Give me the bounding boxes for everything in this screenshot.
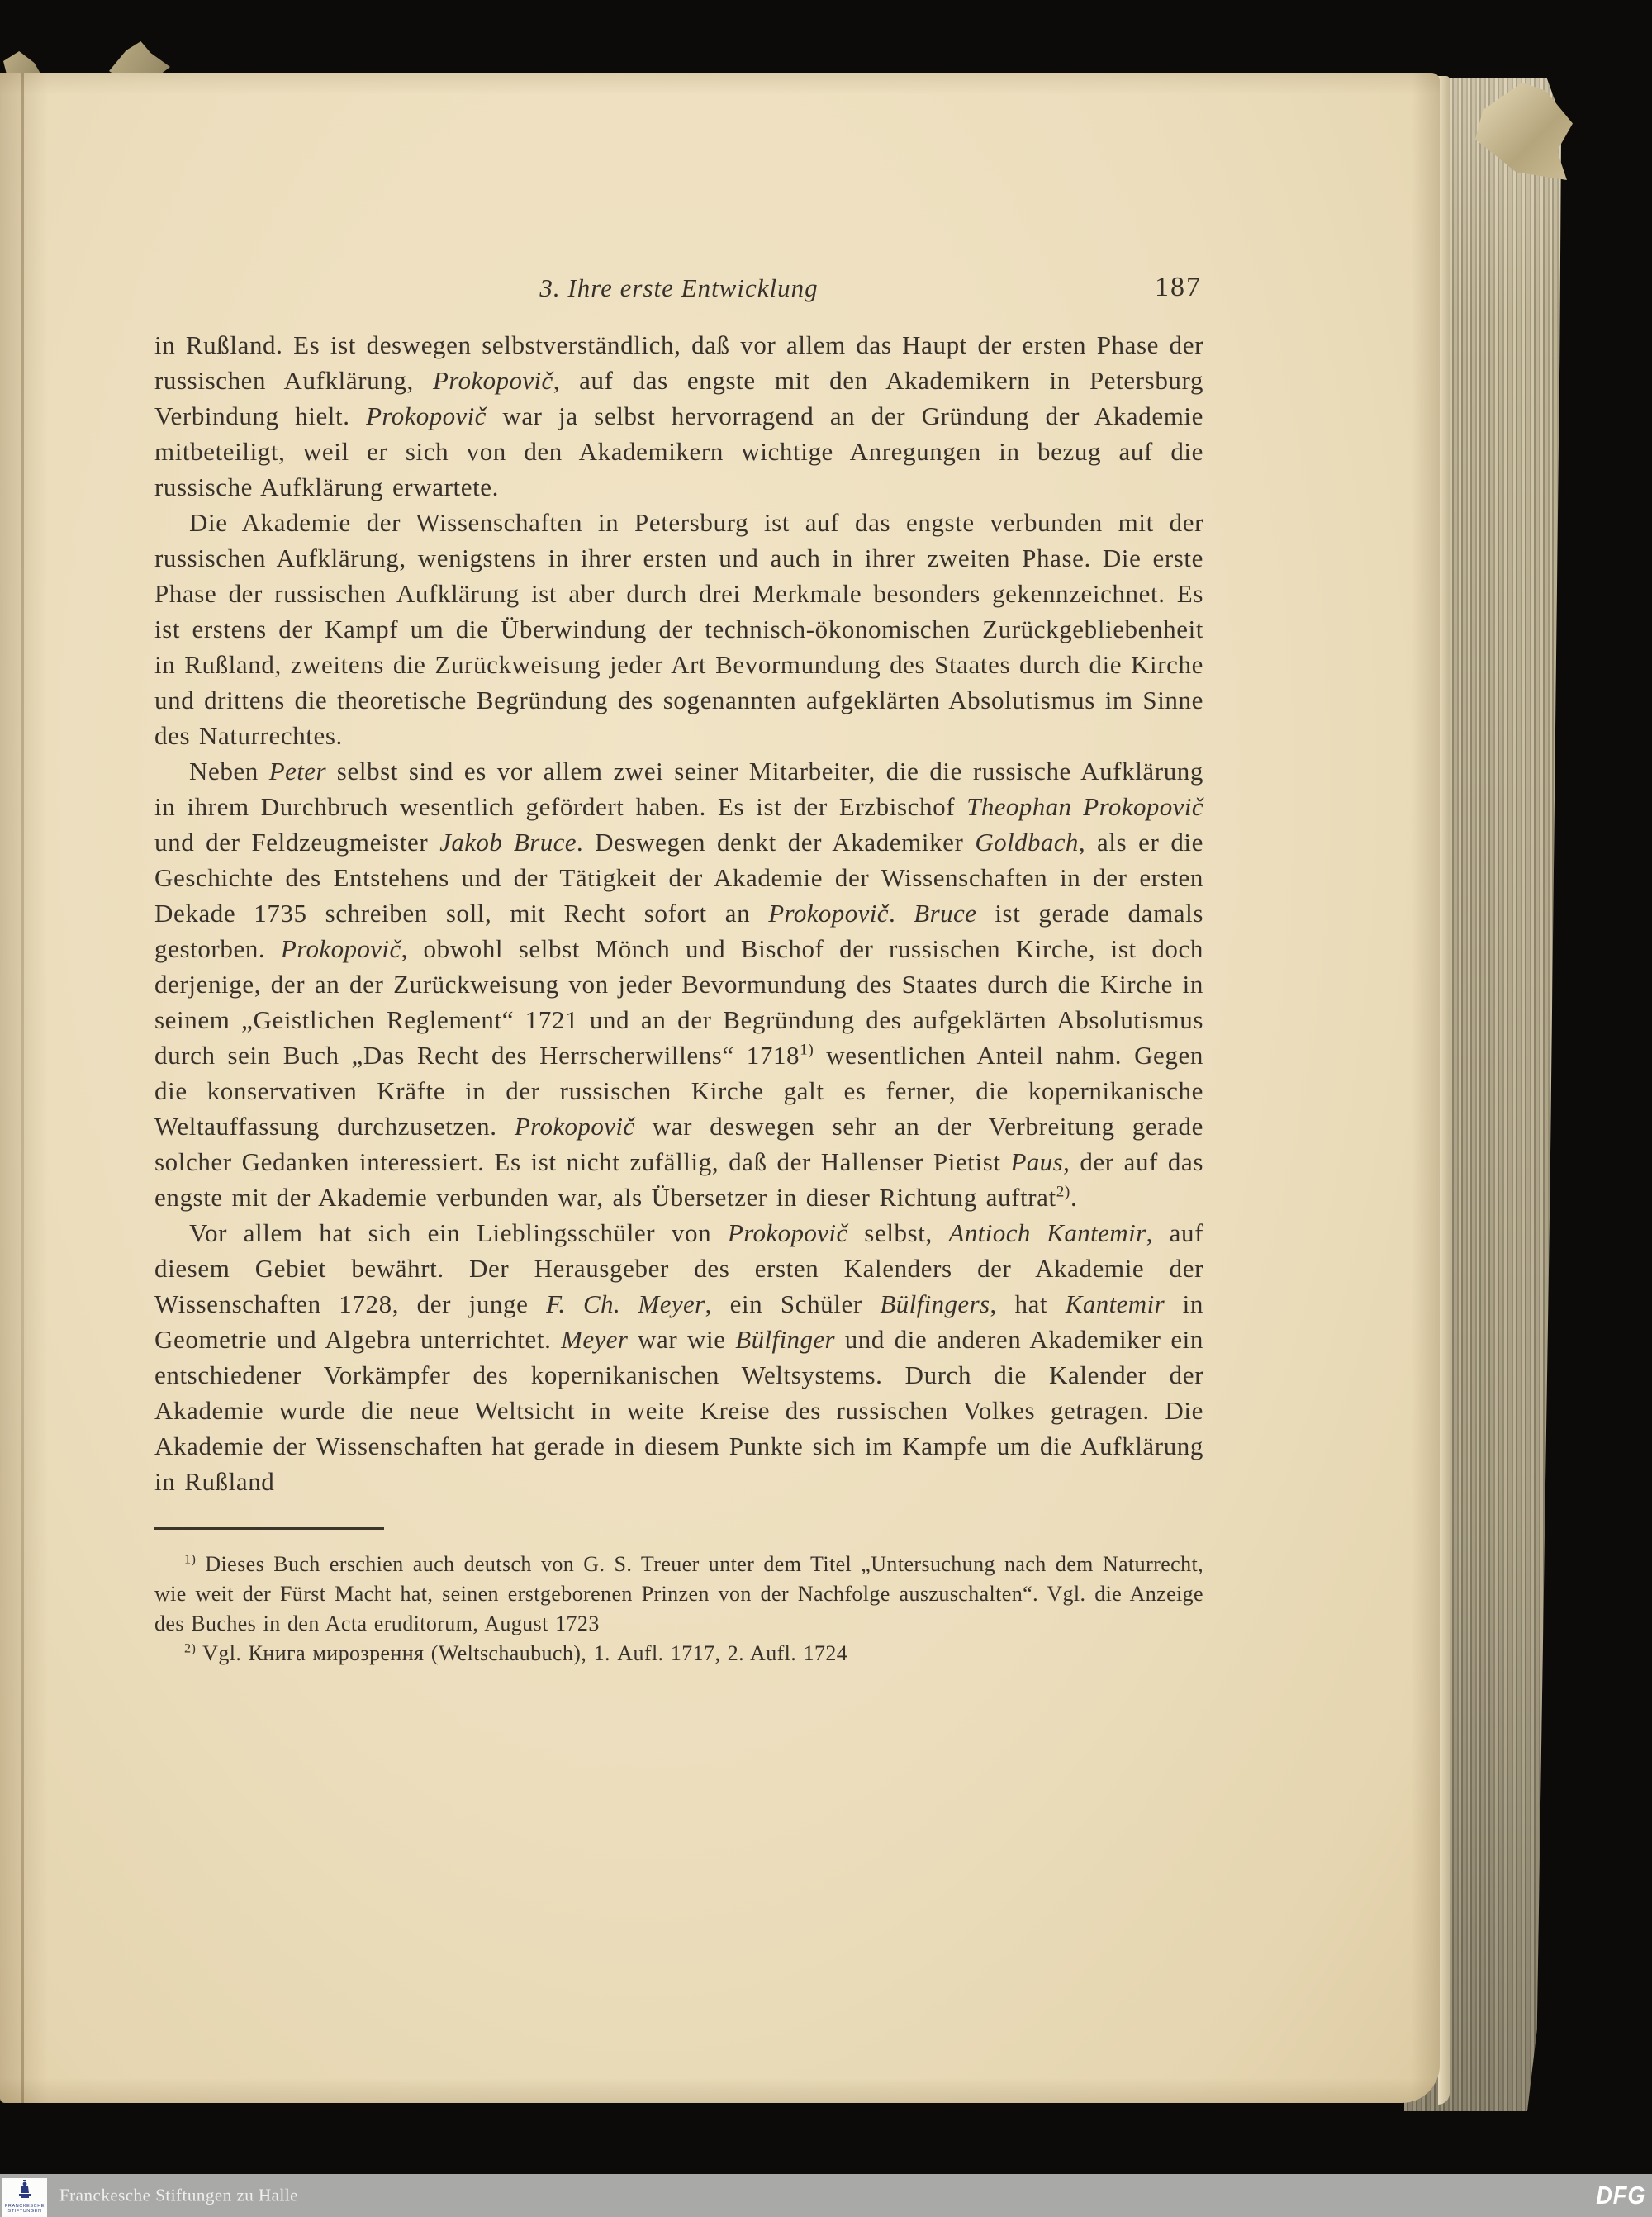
page-header: 3. Ihre erste Entwicklung 187 <box>154 273 1203 311</box>
footnote: 2) Vgl. Книга мирозрення (Weltschaubuch)… <box>154 1639 1203 1669</box>
footnote: 1) Dieses Buch erschien auch deutsch von… <box>154 1550 1203 1639</box>
logo-text-line2: STIFTUNGEN <box>7 2209 41 2214</box>
paragraph: Die Akademie der Wissenschaften in Peter… <box>154 505 1203 753</box>
gutter-crease <box>21 73 24 2103</box>
paragraph: in Rußland. Es ist deswegen selbstverstä… <box>154 327 1203 505</box>
footer-bar: FRANCKESCHE STIFTUNGEN Franckesche Stift… <box>0 2174 1652 2217</box>
footnotes: 1) Dieses Buch erschien auch deutsch von… <box>154 1550 1203 1669</box>
paragraph: Neben Peter selbst sind es vor allem zwe… <box>154 753 1203 1215</box>
scan-stage: 3. Ihre erste Entwicklung 187 in Rußland… <box>0 0 1652 2217</box>
institution-label: Franckesche Stiftungen zu Halle <box>59 2186 298 2206</box>
body-text: in Rußland. Es ist deswegen selbstverstä… <box>154 327 1203 1499</box>
dfg-logo: DFG <box>1596 2181 1645 2210</box>
page-edge-highlight <box>1438 76 1450 2105</box>
book-page: 3. Ihre erste Entwicklung 187 in Rußland… <box>0 73 1440 2103</box>
paragraph: Vor allem hat sich ein Lieblingsschüler … <box>154 1215 1203 1499</box>
section-title: 3. Ihre erste Entwicklung <box>154 273 1203 303</box>
page-number: 187 <box>1155 272 1202 303</box>
text-block: in Rußland. Es ist deswegen selbstverstä… <box>154 327 1203 1669</box>
francke-statue-icon <box>16 2180 34 2204</box>
franckesche-logo-box: FRANCKESCHE STIFTUNGEN <box>2 2178 47 2217</box>
footnote-rule <box>154 1527 384 1530</box>
